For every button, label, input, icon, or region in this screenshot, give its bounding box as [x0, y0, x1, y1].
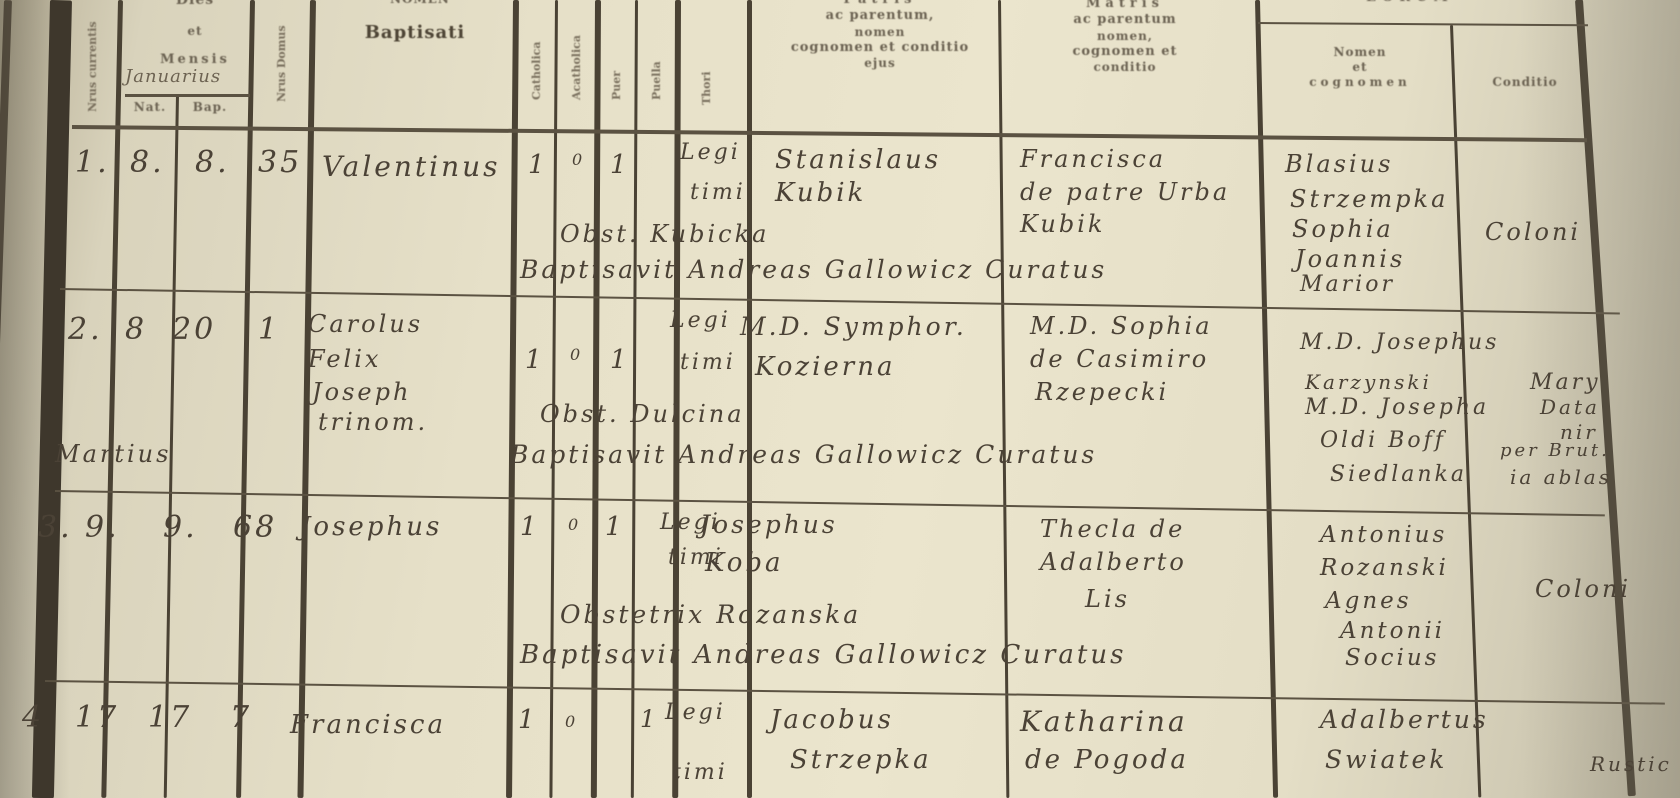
entry-baptisavit: Baptisavit Andreas Gallowicz Curatus [520, 255, 1107, 284]
entry-puer: 1 [610, 345, 630, 375]
entry-name-3: Joseph [312, 378, 411, 406]
header-matris: Matris ac parentum nomen, cognomen et co… [1005, 0, 1245, 75]
entry-domus: 7 [230, 700, 252, 735]
entry-pater-1: Josephus [700, 510, 838, 539]
entry-patrini-1: Blasius [1285, 150, 1393, 178]
entry-patrini-1: Adalbertus [1320, 705, 1489, 734]
entry-puella: 1 [640, 705, 658, 733]
entry-margin-month: Martius [55, 440, 171, 468]
entry-acatholica: 0 [568, 515, 581, 534]
entry-catholica: 1 [518, 705, 538, 735]
entry-pater-1: M.D. Symphor. [740, 312, 967, 341]
entry-thori-2: timi [680, 350, 736, 375]
entry-patrini-5: Socius [1345, 645, 1439, 671]
header-puella: Puella [650, 50, 663, 100]
entry-thori-2: timi [672, 760, 728, 785]
entry-baptisavit: Baptisavit Andreas Gallowicz Curatus [520, 640, 1126, 670]
entry-mater-2: de patre Urba [1020, 178, 1230, 206]
entry-number: 1. [75, 145, 110, 180]
rule-v-puer [631, 0, 638, 798]
entry-mater-1: Thecla de [1040, 515, 1185, 543]
entry-mater-2: Adalberto [1040, 548, 1187, 576]
entry-bap: 17 [148, 700, 192, 735]
entry-mater-3: Rzepecki [1035, 378, 1169, 406]
header-domus: Nrus Domus [275, 2, 288, 102]
entry-obstetrix: Obstetrix Rozanska [560, 600, 861, 629]
rule-v-thori [747, 0, 752, 798]
entry-patrini-5: Siedlanka [1330, 462, 1467, 487]
entry-mater-1: Katharina [1020, 705, 1188, 738]
rule-h-natbap [125, 94, 250, 97]
entry-bap: 9. [163, 510, 198, 545]
entry-nat: 8 [125, 312, 147, 347]
entry-nat: 17 [75, 700, 119, 735]
rule-v-bap [236, 0, 255, 798]
entry-conditio: Coloni [1485, 218, 1581, 246]
entry-pater-1: Jacobus [770, 705, 894, 735]
rule-v-puella [672, 0, 681, 798]
entry-pater-2: Koba [705, 548, 784, 578]
header-conditio: Conditio [1470, 75, 1580, 90]
entry-name-4: trinom. [318, 408, 428, 436]
entry-obstetrix: Obst. Kubicka [560, 220, 769, 248]
entry-name: Josephus [300, 512, 442, 542]
entry-mater-1: M.D. Sophia [1030, 312, 1213, 340]
photo-shadow-left [0, 0, 70, 798]
entry-patrini-3: M.D. Josepha [1305, 395, 1489, 420]
entry-catholica: 1 [528, 150, 548, 180]
entry-pater-2: Kozierna [755, 352, 895, 382]
entry-mater-2: de Casimiro [1030, 345, 1209, 373]
entry-patrini-3: Sophia [1292, 215, 1394, 243]
entry-patrini-2: Strzempka [1290, 185, 1448, 213]
entry-pater-2: Strzepka [790, 745, 932, 775]
entry-name-2: Felix [308, 345, 381, 373]
rule-v-cath [549, 0, 558, 798]
header-patrini-nomen: Nomen et cognomen [1265, 45, 1455, 90]
entry-number: 4 [22, 700, 44, 735]
entry-conditio-1: Mary [1530, 370, 1601, 395]
entry-obstetrix: Obst. Dulcina [540, 400, 745, 428]
entry-conditio: Rustic [1590, 752, 1672, 776]
header-puer: Puer [610, 60, 623, 100]
entry-patrini-1: M.D. Josephus [1300, 330, 1499, 355]
entry-patrini-1: Antonius [1320, 522, 1447, 548]
entry-catholica: 1 [525, 345, 545, 375]
rule-v-mater [1255, 0, 1278, 798]
entry-patrini-4: Oldi Boff [1320, 428, 1446, 453]
entry-mater-1: Francisca [1020, 145, 1166, 173]
entry-catholica: 1 [520, 512, 540, 542]
rule-v-acath [591, 0, 601, 798]
header-catholica: Catholica [530, 20, 543, 100]
entry-pater-1: Stanislaus [775, 145, 941, 175]
header-patris: Patris ac parentum, nomen cognomen et co… [760, 0, 1000, 71]
entry-thori-1: Legi [665, 700, 726, 725]
entry-name: Francisca [290, 710, 446, 740]
entry-conditio-4: per Brut. [1500, 440, 1610, 461]
rule-v-nr [101, 0, 123, 798]
entry-nat: 8. [130, 145, 165, 180]
entry-patrini-3: Agnes [1325, 588, 1412, 614]
entry-patrini-4: Joannis [1295, 245, 1405, 273]
header-numerus: Nrus currentis [86, 2, 99, 112]
rule-h-row3 [45, 680, 1665, 705]
entry-bap: 20 [172, 312, 216, 347]
entry-number: 3. [38, 510, 73, 545]
entry-name: Valentinus [322, 150, 501, 183]
entry-domus: 35 [258, 145, 302, 180]
entry-patrini-4: Antonii [1340, 618, 1445, 644]
entry-domus: 1 [258, 312, 280, 347]
entry-conditio-2: Data [1540, 395, 1600, 419]
entry-mater-3: Kubik [1020, 210, 1105, 238]
header-nat: Nat. [125, 100, 175, 115]
header-month-handwritten: Januarius [125, 66, 221, 87]
entry-name-1: Carolus [308, 310, 423, 338]
header-nomen: NOMEN [330, 0, 510, 7]
entry-puer: 1 [605, 512, 625, 542]
header-thori: Thori [700, 60, 713, 105]
entry-patrini-5: Marior [1300, 272, 1395, 297]
entry-baptisavit: Baptisavit Andreas Gallowicz Curatus [510, 440, 1097, 469]
header-eorum: EORUM [1310, 0, 1510, 6]
entry-nat: 9. [85, 510, 120, 545]
rule-h-header [72, 125, 1587, 142]
entry-conditio: Coloni [1535, 575, 1631, 603]
entry-number: 2. [68, 312, 103, 347]
header-acatholica: Acatholica [570, 20, 583, 100]
header-bap: Bap. [180, 100, 240, 115]
entry-conditio-5: ia ablas [1510, 465, 1612, 489]
entry-patrini-2: Karzynski [1305, 370, 1432, 394]
entry-patrini-2: Rozanski [1320, 555, 1449, 581]
entry-bap: 8. [195, 145, 230, 180]
entry-mater-2: de Pogoda [1025, 745, 1189, 775]
entry-domus: 68 [233, 510, 277, 545]
rule-v-pater [998, 0, 1009, 798]
entry-thori-2: timi [690, 180, 746, 205]
entry-thori-1: Legi [670, 308, 731, 333]
entry-acatholica: 0 [570, 345, 583, 364]
header-dies: Dies [165, 0, 225, 10]
rule-v-name [506, 0, 519, 798]
header-et: et [165, 24, 225, 39]
entry-patrini-2: Swiatek [1325, 745, 1447, 774]
header-baptisati: Baptisati [325, 22, 505, 45]
entry-thori-1: Legi [680, 140, 741, 165]
entry-mater-3: Lis [1085, 585, 1130, 613]
entry-acatholica: 0 [572, 150, 585, 169]
entry-acatholica: 0 [565, 712, 578, 731]
entry-puer: 1 [610, 150, 630, 180]
entry-pater-2: Kubik [775, 178, 866, 208]
